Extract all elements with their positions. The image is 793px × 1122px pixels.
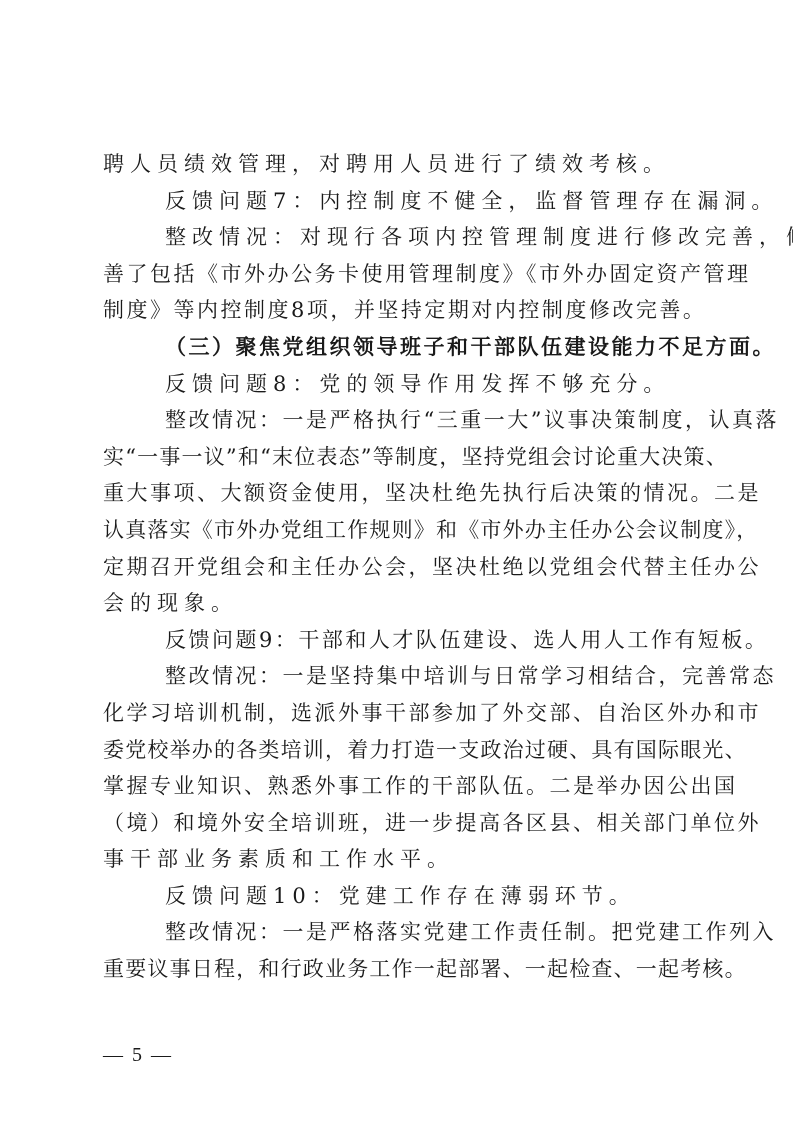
rectification-paragraph: 整改情况：对现行各项内控管理制度进行修改完善，修改完: [103, 219, 698, 256]
feedback-problem-10: 反馈问题10：党建工作存在薄弱环节。: [103, 878, 698, 915]
body-line: 事干部业务素质和工作水平。: [103, 841, 698, 878]
body-line: 制度》等内控制度8项，并坚持定期对内控制度修改完善。: [103, 292, 698, 329]
body-line: 重大事项、大额资金使用，坚决杜绝先执行后决策的情况。二是: [103, 475, 698, 512]
body-line: 掌握专业知识、熟悉外事工作的干部队伍。二是举办因公出国: [103, 768, 698, 805]
body-line: 定期召开党组会和主任办公会，坚决杜绝以党组会代替主任办公: [103, 549, 698, 586]
document-page: 聘人员绩效管理，对聘用人员进行了绩效考核。 反馈问题7：内控制度不健全，监督管理…: [103, 146, 698, 988]
section-heading: （三）聚焦党组织领导班子和干部队伍建设能力不足方面。: [103, 329, 698, 366]
feedback-problem-9: 反馈问题9：干部和人才队伍建设、选人用人工作有短板。: [103, 622, 698, 659]
body-line: 委党校举办的各类培训，着力打造一支政治过硬、具有国际眼光、: [103, 732, 698, 769]
body-line: （境）和境外安全培训班，进一步提高各区县、相关部门单位外: [103, 805, 698, 842]
rectification-paragraph: 整改情况：一是严格执行“三重一大”议事决策制度，认真落: [103, 402, 698, 439]
rectification-paragraph: 整改情况：一是严格落实党建工作责任制。把党建工作列入: [103, 914, 698, 951]
body-line: 实“一事一议”和“末位表态”等制度，坚持党组会讨论重大决策、: [103, 439, 698, 476]
body-line: 会的现象。: [103, 585, 698, 622]
body-line: 善了包括《市外办公务卡使用管理制度》《市外办固定资产管理: [103, 256, 698, 293]
rectification-paragraph: 整改情况：一是坚持集中培训与日常学习相结合，完善常态: [103, 658, 698, 695]
feedback-problem-8: 反馈问题8：党的领导作用发挥不够充分。: [103, 366, 698, 403]
feedback-problem-7: 反馈问题7：内控制度不健全，监督管理存在漏洞。: [103, 183, 698, 220]
body-line: 聘人员绩效管理，对聘用人员进行了绩效考核。: [103, 146, 698, 183]
page-number: — 5 —: [103, 1044, 173, 1067]
body-line: 认真落实《市外办党组工作规则》和《市外办主任办公会议制度》，: [103, 512, 698, 549]
body-line: 重要议事日程，和行政业务工作一起部署、一起检查、一起考核。: [103, 951, 698, 988]
body-line: 化学习培训机制，选派外事干部参加了外交部、自治区外办和市: [103, 695, 698, 732]
